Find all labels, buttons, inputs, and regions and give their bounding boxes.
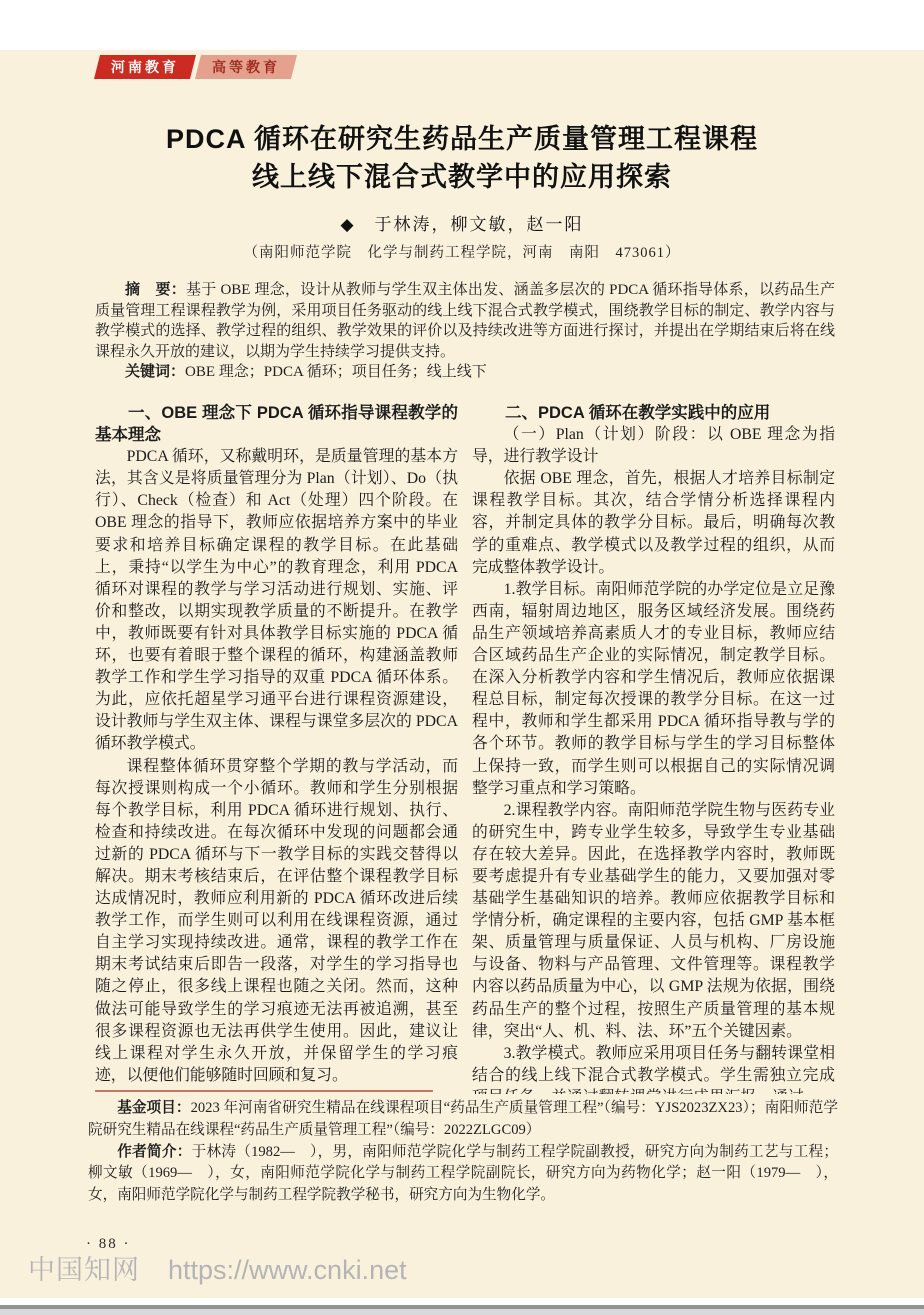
article-title-line1: PDCA 循环在研究生药品生产质量管理工程课程: [0, 120, 924, 158]
left-paragraph-1: PDCA 循环，又称戴明环，是质量管理的基本方法，其含义是将质量管理分为 Pla…: [95, 446, 458, 755]
right-column: 二、PDCA 循环在教学实践中的应用 （一）Plan（计划）阶段：以 OBE 理…: [472, 402, 835, 1094]
abstract-paragraph: 摘 要：基于 OBE 理念，设计从教师与学生双主体出发、涵盖多层次的 PDCA …: [95, 280, 835, 362]
article-body: 一、OBE 理念下 PDCA 循环指导课程教学的基本理念 PDCA 循环，又称戴…: [95, 402, 835, 1094]
abstract-block: 摘 要：基于 OBE 理念，设计从教师与学生双主体出发、涵盖多层次的 PDCA …: [95, 280, 835, 383]
keywords-label: 关键词：: [125, 364, 185, 380]
affiliation-line: （南阳师范学院 化学与制药工程学院，河南 南阳 473061）: [0, 241, 924, 262]
tag-gaodeng-jiaoyu: 高等教育: [195, 55, 297, 79]
keywords-paragraph: 关键词：OBE 理念；PDCA 循环；项目任务；线上线下: [95, 362, 835, 383]
bottom-border-shadow: [0, 1309, 924, 1315]
left-paragraph-2: 课程整体循环贯穿整个学期的教与学活动，而每次授课则构成一个小循环。教师和学生分别…: [95, 756, 458, 1087]
cnki-watermark-name: 中国知网: [28, 1255, 140, 1285]
author-bio-line: 作者简介：于林涛（1982— ），男，南阳师范学院化学与制药工程学院副教授，研究…: [88, 1142, 838, 1207]
fund-project-text: 2023 年河南省研究生精品在线课程项目“药品生产质量管理工程”（编号：YJS2…: [88, 1100, 838, 1138]
author-bio-text: 于林涛（1982— ），男，南阳师范学院化学与制药工程学院副教授，研究方向为制药…: [88, 1144, 838, 1204]
header-tags: 河南教育 高等教育: [97, 55, 294, 79]
journal-page: 河南教育 高等教育 PDCA 循环在研究生药品生产质量管理工程课程 线上线下混合…: [0, 50, 924, 1298]
keywords-text: OBE 理念；PDCA 循环；项目任务；线上线下: [185, 364, 487, 380]
cnki-watermark: 中国知网https://www.cnki.net: [28, 1248, 888, 1287]
right-paragraph-4: 3.教学模式。教师应采用项目任务与翻转课堂相结合的线上线下混合式教学模式。学生需…: [472, 1043, 835, 1094]
author-bio-label: 作者简介：: [117, 1144, 191, 1160]
tag-henan-jiaoyu: 河南教育: [94, 55, 196, 79]
fund-project-line: 基金项目：2023 年河南省研究生精品在线课程项目“药品生产质量管理工程”（编号…: [88, 1098, 838, 1142]
article-title-line2: 线上线下混合式教学中的应用探索: [0, 158, 924, 196]
fund-project-label: 基金项目：: [117, 1100, 190, 1116]
tag-gaodeng-jiaoyu-label: 高等教育: [212, 55, 280, 79]
footnote-block: 基金项目：2023 年河南省研究生精品在线课程项目“药品生产质量管理工程”（编号…: [88, 1098, 838, 1207]
section-heading-2: 二、PDCA 循环在教学实践中的应用: [472, 402, 835, 424]
footnote-divider: [95, 1090, 433, 1092]
left-column: 一、OBE 理念下 PDCA 循环指导课程教学的基本理念 PDCA 循环，又称戴…: [95, 402, 458, 1094]
authors-line: ◆ 于林涛，柳文敏，赵一阳: [0, 210, 924, 235]
tag-henan-jiaoyu-label: 河南教育: [111, 55, 179, 79]
right-paragraph-2: 1.教学目标。南阳师范学院的办学定位是立足豫西南，辐射周边地区，服务区域经济发展…: [472, 579, 835, 800]
subsection-heading: （一）Plan（计划）阶段：以 OBE 理念为指导，进行教学设计: [472, 424, 835, 468]
abstract-label: 摘 要：: [125, 282, 186, 298]
section-heading-1: 一、OBE 理念下 PDCA 循环指导课程教学的基本理念: [95, 402, 458, 446]
cnki-watermark-url: https://www.cnki.net: [168, 1255, 407, 1285]
abstract-text: 基于 OBE 理念，设计从教师与学生双主体出发、涵盖多层次的 PDCA 循环指导…: [95, 282, 835, 360]
right-paragraph-3: 2.课程教学内容。南阳师范学院生物与医药专业的研究生中，跨专业学生较多，导致学生…: [472, 800, 835, 1043]
article-title: PDCA 循环在研究生药品生产质量管理工程课程 线上线下混合式教学中的应用探索: [0, 120, 924, 196]
right-paragraph-1: 依据 OBE 理念，首先，根据人才培养目标制定课程教学目标。其次，结合学情分析选…: [472, 468, 835, 578]
